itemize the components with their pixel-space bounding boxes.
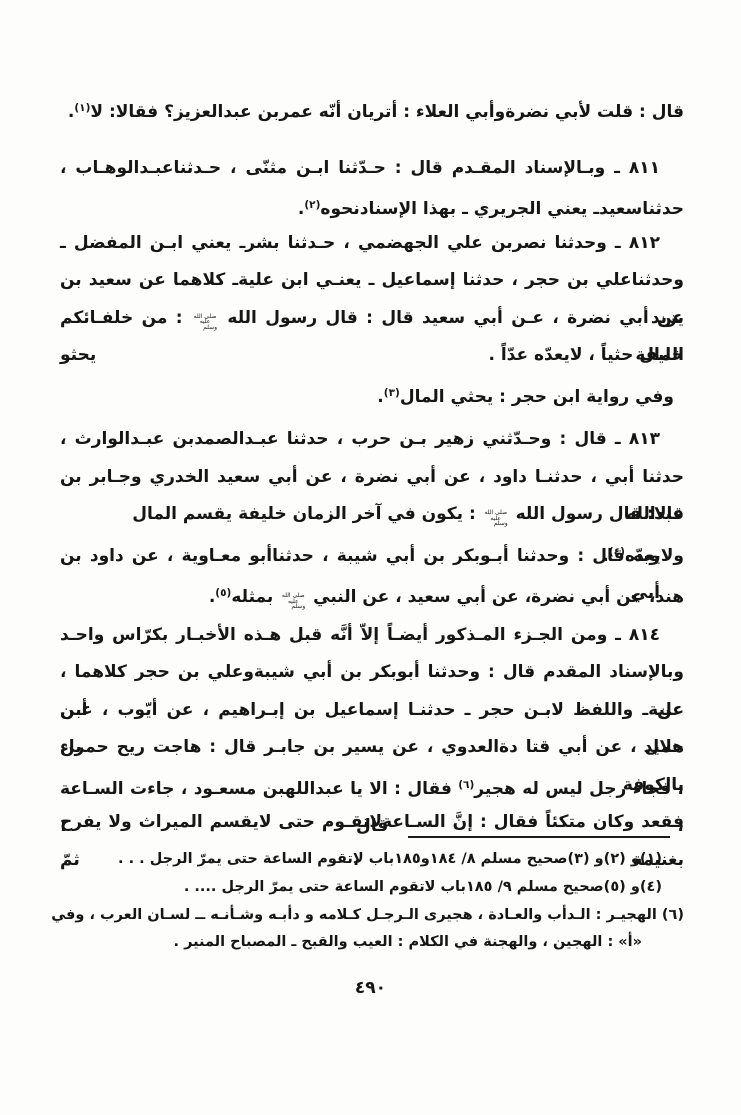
footnote-ref: (٦) [458, 779, 474, 791]
text-line: وبه قال : وحدثنا أبـوبكر بن أبي شيبة ، ح… [60, 538, 684, 576]
text-line: حدثنا أبي ، حدثنـا داود ، عن أبي نضرة ، … [60, 459, 684, 497]
text-line: هند، عن أبي نضرة، عن أبي سعيد ، عن النبي… [60, 575, 684, 613]
footnote-ref: (٥) [215, 587, 231, 599]
footnote-divider [408, 836, 670, 838]
paragraph-wa-bihi-qala: وبه قال : وحدثنا أبـوبكر بن أبي شيبة ، ح… [60, 538, 684, 613]
footnote-ref: (٣) [384, 387, 400, 399]
paragraph-hadith-812: ٨١٢ ـ وحدثنا نصربن علي الجهضمي ، حـدثنا … [60, 225, 684, 375]
text-line: وبالإسناد المقدم قال : وحدثنا أبوبكر بن … [60, 654, 684, 692]
paragraph-hadith-814: ٨١٤ ـ ومن الجـزء المـذكور أيضـاً إلاّ أن… [60, 617, 684, 842]
text-line: وفي رواية ابن حجر : يحثي المال(٣). [60, 375, 684, 413]
text-line: عن أبي نضرة ، عـن أبي سعيد قال : قال رسو… [60, 300, 684, 338]
text-line: قالا: قال رسول الله صلى الله عليه وسلم :… [60, 496, 684, 534]
footnote-block: (١)و (٢)و (٣)صحيح مسلم ٨/ ١٨٤و١٨٥باب لات… [60, 836, 684, 957]
text-line: هلال ، عن أبي قتا دةالعدوي ، عن يسير بن … [60, 729, 684, 767]
text-line: عليةـ واللفظ لابـن حجر ـ حدثنـا إسماعيل … [60, 692, 684, 730]
prophet-honorific-icon: صلى الله عليه وسلم [484, 510, 508, 526]
text-line: ٨١٢ ـ وحدثنا نصربن علي الجهضمي ، حـدثنا … [60, 225, 684, 263]
text-line: ٨١١ ـ وبـالإسناد المقـدم قال : حـدّثنا ا… [60, 150, 684, 188]
footnote-ref: (١) [74, 102, 90, 114]
footnote-ref: (٢) [304, 199, 320, 211]
paragraph-hadith-813: ٨١٣ ـ قال : وحـدّثني زهير بـن حرب ، حدثن… [60, 421, 684, 534]
text-line: حدثناسعيدـ يعني الجريري ـ بهذا الإسنادنح… [60, 187, 684, 225]
footnote-line: (٤)و (٥)صحيح مسلم ٩/ ١٨٥باب لاتقوم الساع… [60, 874, 684, 902]
text-line: ٨١٤ ـ ومن الجـزء المـذكور أيضـاً إلاّ أن… [60, 617, 684, 655]
paragraph-variant-ibn-hujr: وفي رواية ابن حجر : يحثي المال(٣). [60, 375, 684, 413]
text-line: قال : قلت لأبي نضرةوأبي العلاء : أتريان … [60, 90, 684, 128]
footnote-line: «أ» : الهجين ، والهجنة في الكلام : العيب… [60, 929, 684, 957]
text-line: وحدثناعلي بن حجر ، حدثنا إسماعيل ـ يعنـي… [60, 262, 684, 300]
book-page: قال : قلت لأبي نضرةوأبي العلاء : أتريان … [0, 0, 741, 1115]
text-line: ، فجاء رجل ليس له هجير(٦) فقال : الا يا … [60, 767, 684, 805]
page-number: ٤٩٠ [0, 978, 741, 998]
footnote-line: (٦) الهجيـر : الـدأب والعـادة ، هجيرى ال… [60, 902, 684, 930]
text-line: ٨١٣ ـ قال : وحـدّثني زهير بـن حرب ، حدثن… [60, 421, 684, 459]
footnote-line: (١)و (٢)و (٣)صحيح مسلم ٨/ ١٨٤و١٨٥باب لات… [60, 846, 684, 874]
paragraph-continuation: قال : قلت لأبي نضرةوأبي العلاء : أتريان … [60, 90, 684, 128]
paragraph-hadith-811: ٨١١ ـ وبـالإسناد المقـدم قال : حـدّثنا ا… [60, 150, 684, 225]
prophet-honorific-icon: صلى الله عليه وسلم [281, 593, 305, 609]
main-text-column: قال : قلت لأبي نضرةوأبي العلاء : أتريان … [60, 90, 684, 842]
prophet-honorific-icon: صلى الله عليه وسلم [193, 314, 217, 330]
